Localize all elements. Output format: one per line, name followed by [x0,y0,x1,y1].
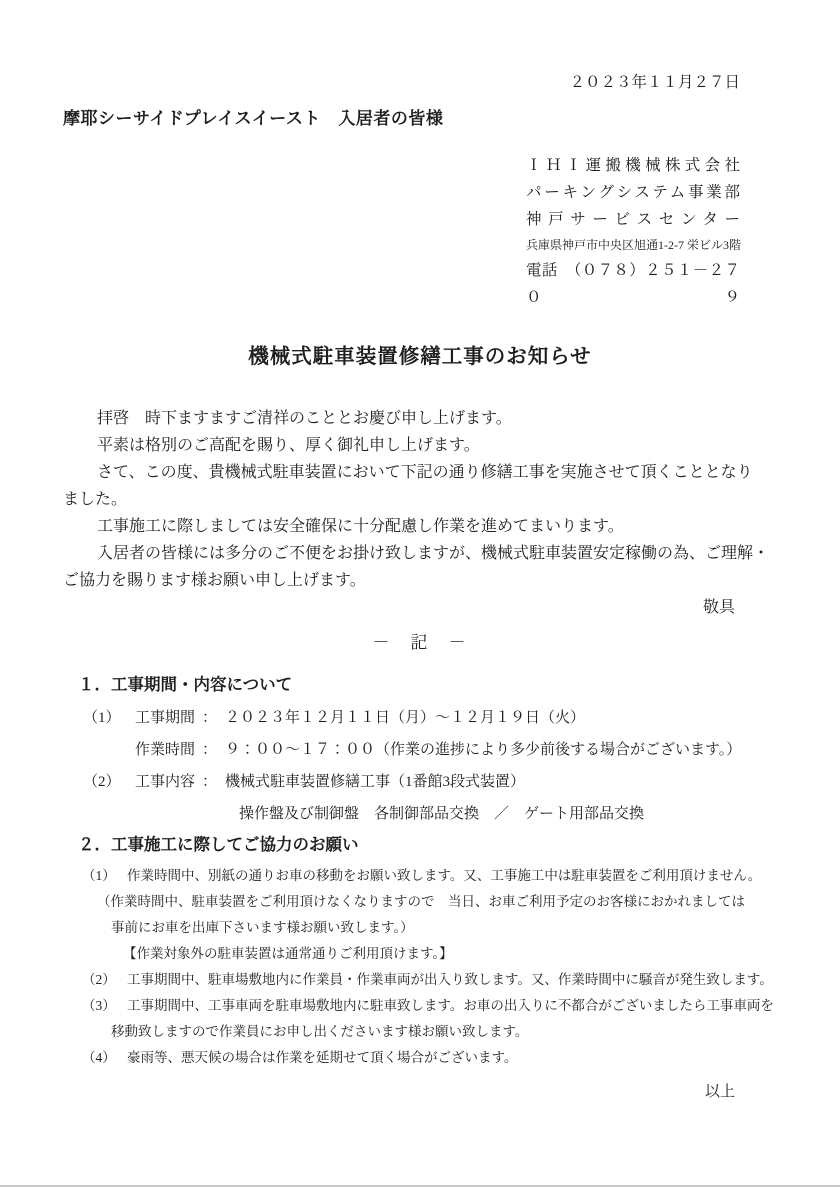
body-line: ご協力を賜ります様お願い申し上げます。 [63,567,777,594]
row-value: 機械式駐車装置修繕工事（1番館3段式装置） [225,766,525,798]
notice-line: （1） 作業時間中、別紙の通りお車の移動をお願い致します。又、工事施工中は駐車装… [63,863,777,889]
sender-department: パーキングシステム事業部 [526,179,740,206]
row-label: 作業時間 [135,734,202,766]
notice-marker: （3） [82,993,127,1019]
notice-line: （2） 工事期間中、駐車場敷地内に作業員・作業車両が出入り致します。又、作業時間… [63,967,777,993]
row-colon: ： [202,702,225,734]
row-marker: （2） [83,766,135,798]
notice-line: （4） 豪雨等、悪天候の場合は作業を延期せて頂く場合がございます。 [63,1045,777,1071]
footer-word: 以上 [63,1079,735,1105]
notice-marker: （1） [82,863,127,889]
body-paragraphs: 拝啓 時下ますますご清祥のこととお慶び申し上げます。 平素は格別のご高配を賜り、… [63,405,777,594]
document-date: ２０２３年１１月２７日 [63,72,740,94]
section1-rows: （1） 工事期間 ： ２０２３年１２月１１日（月）～１２月１９日（火） 作業時間… [63,702,777,830]
row-marker [83,734,135,766]
notice-text: 作業時間中、別紙の通りお車の移動をお願い致します。又、工事施工中は駐車装置をご利… [127,863,761,889]
notice-text: 豪雨等、悪天候の場合は作業を延期せて頂く場合がございます。 [127,1045,517,1071]
row-colon [202,798,225,830]
row-marker: （1） [83,702,135,734]
section1-heading: １．工事期間・内容について [63,672,777,698]
notice-text: 工事期間中、工事車両を駐車場敷地内に駐車致します。お車の出入りに不都合がございま… [127,993,774,1019]
record-marker: － 記 － [63,629,777,656]
body-line: さて、この度、貴機械式駐車装置において下記の通り修繕工事を実施させて頂くこととな… [63,459,777,486]
body-line: 入居者の皆様には多分のご不便をお掛け致しますが、機械式駐車装置安定稼働の為、ご理… [63,540,777,567]
body-line: ました。 [63,486,777,513]
notice-marker: （4） [82,1045,127,1071]
notice-text: 移動致しますので作業員にお申し出くださいます様お願い致します。 [111,1019,528,1045]
section2-heading: ２．工事施工に際してご協力のお願い [63,832,777,858]
row-label [135,798,202,830]
row-label: 工事内容 [135,766,202,798]
body-line: 平素は格別のご高配を賜り、厚く御礼申し上げます。 [63,432,777,459]
row-value: ９：００～１７：００（作業の進捗により多少前後する場合がございます。） [225,734,741,766]
section2-items: （1） 作業時間中、別紙の通りお車の移動をお願い致します。又、工事施工中は駐車装… [63,863,777,1071]
schedule-row-content-detail: 操作盤及び制御盤 各制御部品交換 ／ ゲート用部品交換 [63,798,777,830]
notice-text: （作業時間中、駐車装置をご利用頂けなくなりますので 当日、お車ご利用予定のお客様… [97,889,745,915]
row-value: 操作盤及び制御盤 各制御部品交換 ／ ゲート用部品交換 [225,798,644,830]
body-line: 拝啓 時下ますますご清祥のこととお慶び申し上げます。 [63,405,777,432]
notice-line: 移動致しますので作業員にお申し出くださいます様お願い致します。 [63,1019,777,1045]
sender-phone: 電話 （０７８）２５１－２７０９ [526,257,740,311]
sender-company: ＩＨＩ運搬機械株式会社 [526,152,740,179]
document-title: 機械式駐車装置修繕工事のお知らせ [63,341,777,373]
row-label: 工事期間 [135,702,202,734]
row-colon: ： [202,766,225,798]
row-colon: ： [202,734,225,766]
addressee-line: 摩耶シーサイドプレイスイースト 入居者の皆様 [63,106,777,132]
notice-line: 【作業対象外の駐車装置は通常通りご利用頂けます。】 [63,941,777,967]
sender-service-center: 神戸サービスセンター [526,206,740,233]
document-page: ２０２３年１１月２７日 摩耶シーサイドプレイスイースト 入居者の皆様 ＩＨＩ運搬… [0,0,840,1187]
notice-line: （作業時間中、駐車装置をご利用頂けなくなりますので 当日、お車ご利用予定のお客様… [63,889,777,915]
notice-text: 事前にお車を出庫下さいます様お願い致します。） [111,915,414,941]
notice-marker: （2） [82,967,127,993]
row-value: ２０２３年１２月１１日（月）～１２月１９日（火） [225,702,585,734]
body-line: 工事施工に際しましては安全確保に十分配慮し作業を進めてまいります。 [63,513,777,540]
schedule-row-hours: 作業時間 ： ９：００～１７：００（作業の進捗により多少前後する場合がございます… [63,734,777,766]
notice-text: 【作業対象外の駐車装置は通常通りご利用頂けます。】 [123,941,453,967]
notice-text: 工事期間中、駐車場敷地内に作業員・作業車両が出入り致します。又、作業時間中に騒音… [127,967,773,993]
sender-address: 兵庫県神戸市中央区旭通1-2-7 栄ビル3階 [526,233,740,257]
schedule-row-period: （1） 工事期間 ： ２０２３年１２月１１日（月）～１２月１９日（火） [63,702,777,734]
sender-block: ＩＨＩ運搬機械株式会社 パーキングシステム事業部 神戸サービスセンター 兵庫県神… [526,152,740,311]
closing-word: 敬具 [63,594,735,621]
schedule-row-content: （2） 工事内容 ： 機械式駐車装置修繕工事（1番館3段式装置） [63,766,777,798]
notice-line: 事前にお車を出庫下さいます様お願い致します。） [63,915,777,941]
notice-line: （3） 工事期間中、工事車両を駐車場敷地内に駐車致します。お車の出入りに不都合が… [63,993,777,1019]
row-marker [83,798,135,830]
